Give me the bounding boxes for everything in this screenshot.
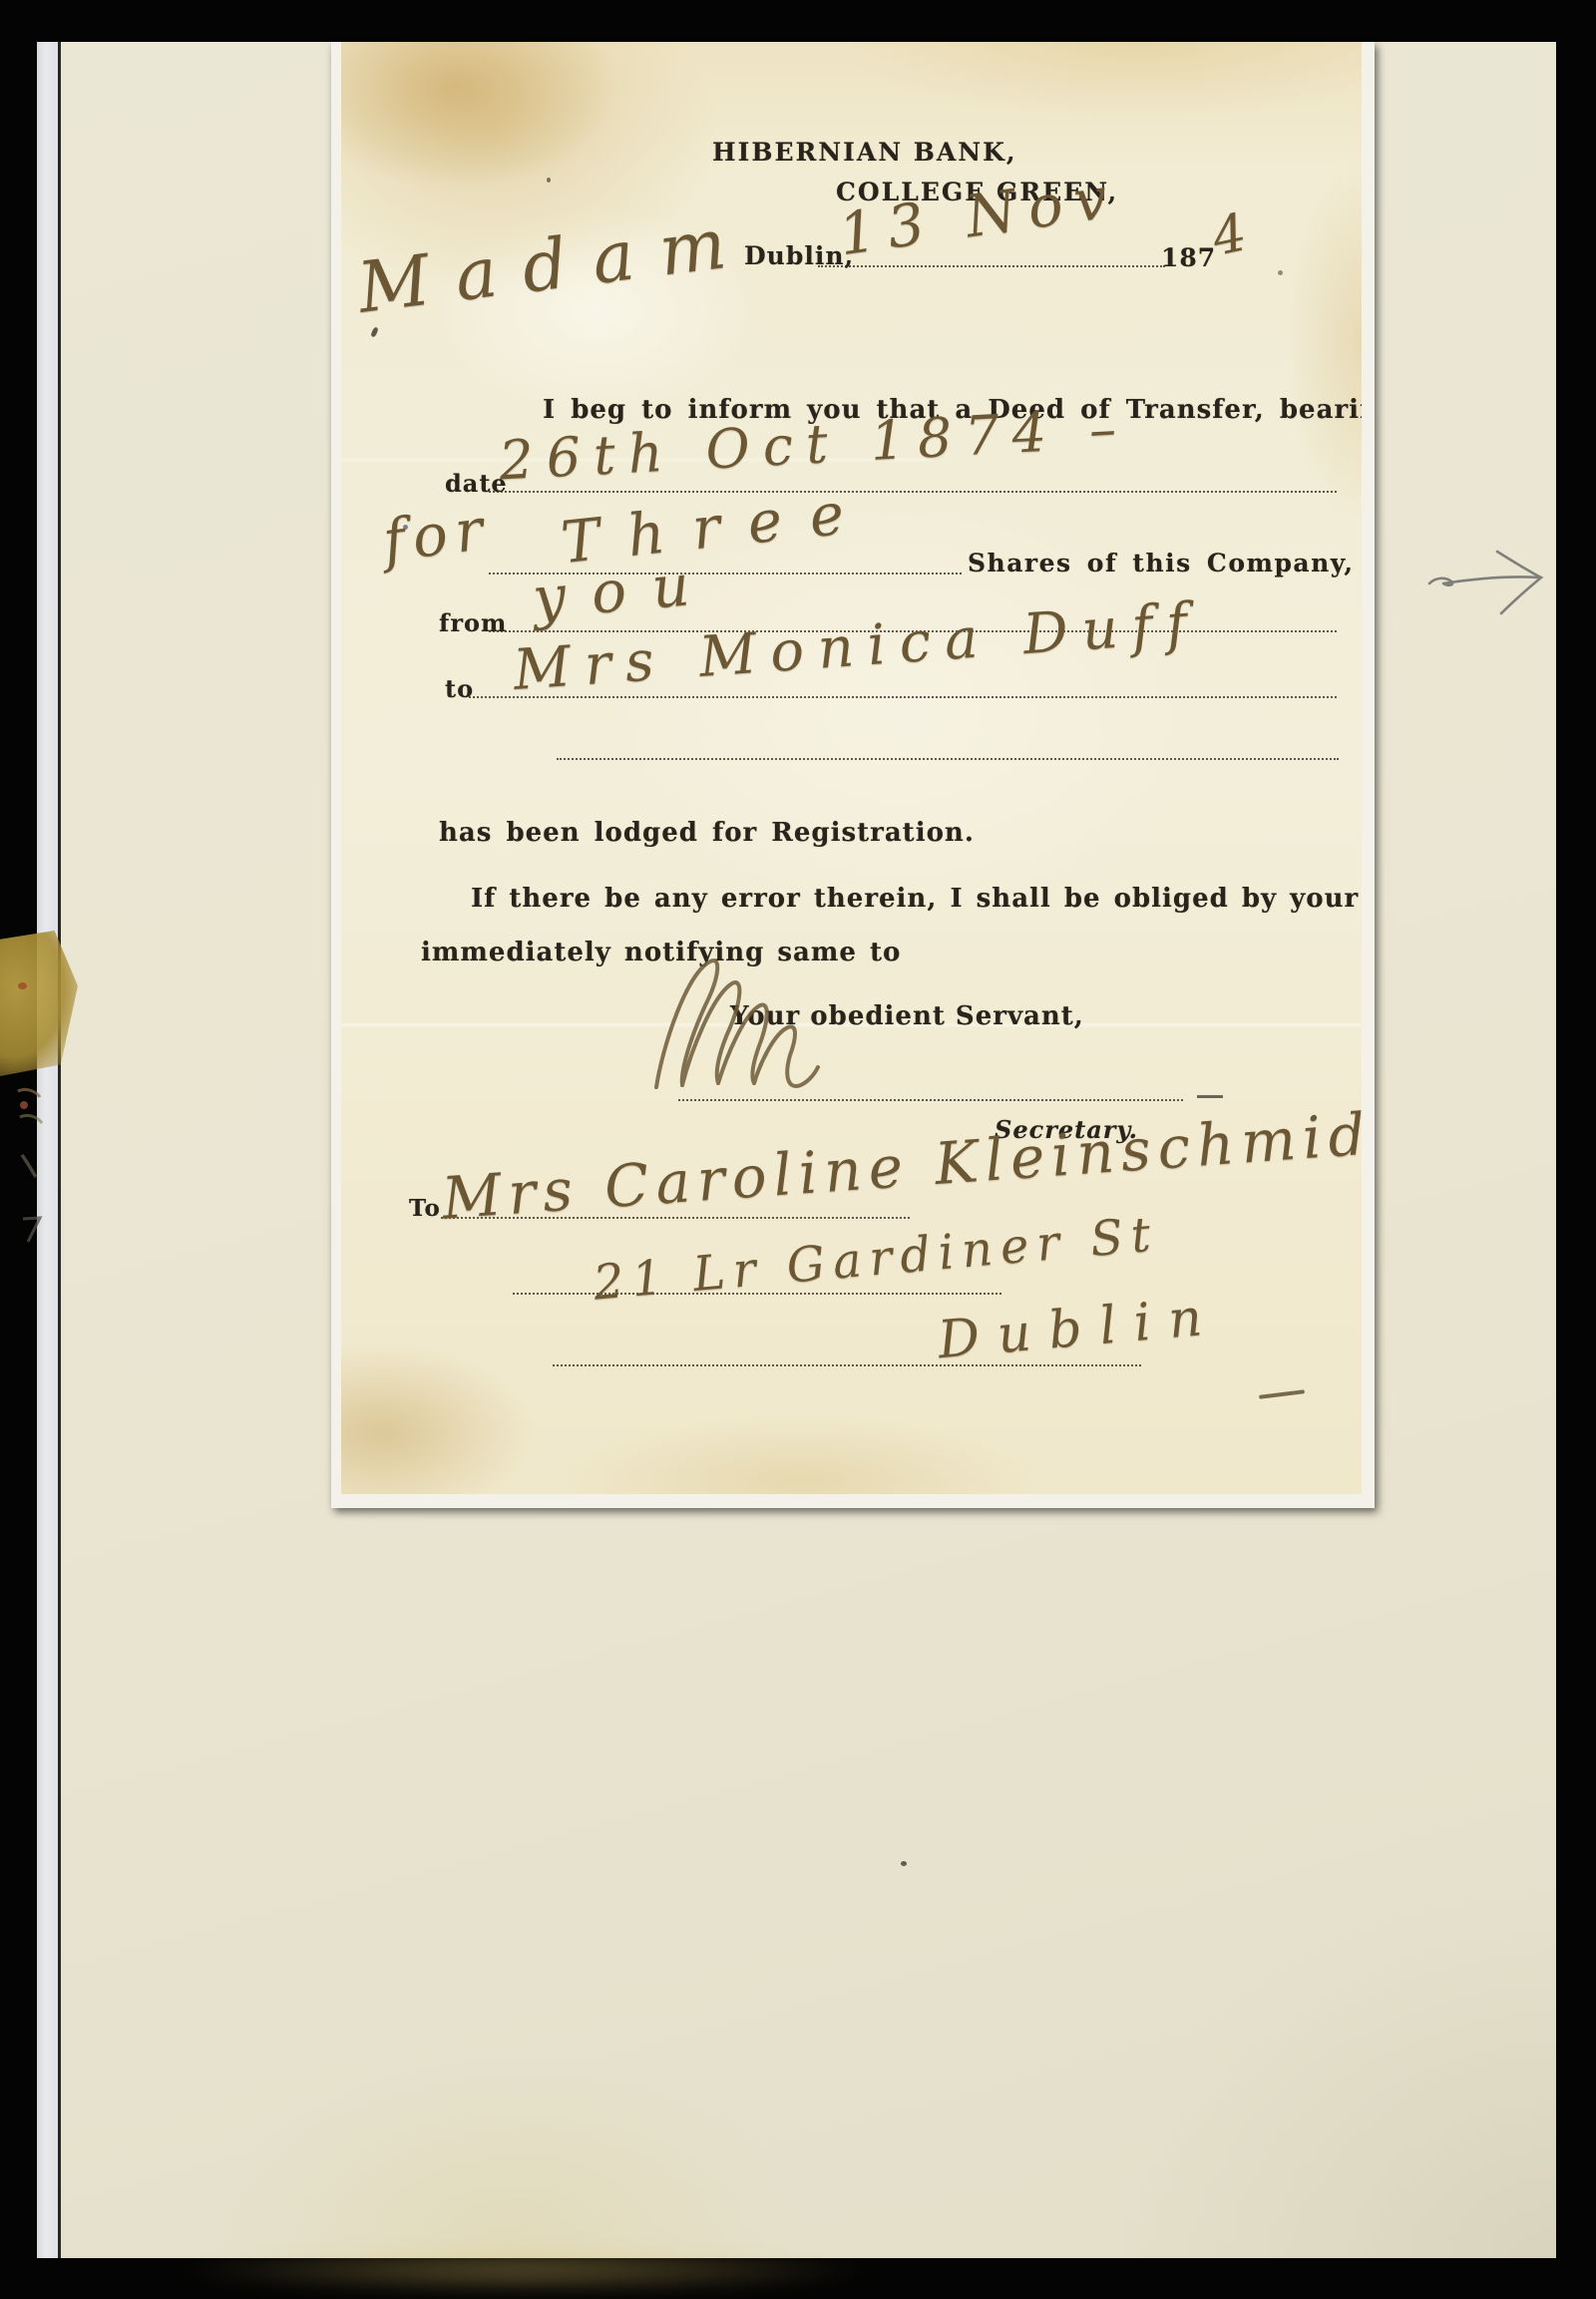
- letter-paper: HIBERNIAN BANK, COLLEGE GREEN, Dublin, 1…: [341, 42, 1362, 1494]
- paper-speck: [370, 326, 379, 337]
- letterhead-bank-name: HIBERNIAN BANK,: [712, 138, 1017, 167]
- page-edge-mark: [12, 1083, 46, 1129]
- page-edge-mark: [18, 1151, 42, 1179]
- adjacent-page-edge: [37, 42, 58, 2258]
- error-line-1: If there be any error therein, I shall b…: [471, 884, 1359, 914]
- ink-dash: [1259, 1389, 1305, 1399]
- lodged-line: has been lodged for Registration.: [439, 818, 975, 848]
- salutation: Madam: [353, 199, 755, 329]
- signature-rule-dash: [1197, 1095, 1223, 1098]
- addressee-city-handwritten: Dublin: [936, 1287, 1222, 1370]
- addressee-label: To: [409, 1195, 441, 1222]
- shares-label: Shares of this Company,: [968, 549, 1355, 577]
- for-handwritten: for: [379, 495, 495, 575]
- document-photo: HIBERNIAN BANK, COLLEGE GREEN, Dublin, 1…: [331, 42, 1375, 1508]
- scan-edge-glow: [165, 2246, 883, 2294]
- paper-speck: [547, 178, 551, 183]
- paper-speck: [1278, 270, 1283, 275]
- scanned-album-page: HIBERNIAN BANK, COLLEGE GREEN, Dublin, 1…: [0, 0, 1596, 2299]
- dateline-year-printed: 187: [1161, 243, 1216, 272]
- album-speck: [901, 1861, 907, 1866]
- peeking-item-speck: [18, 982, 27, 989]
- blank-rule: [557, 732, 1339, 760]
- pencil-arrow-icon: [1421, 544, 1561, 621]
- addressee-street-handwritten: 21 Lr Gardiner St: [592, 1206, 1161, 1311]
- signature-rule: [678, 1073, 1183, 1101]
- page-edge-mark: [20, 1215, 46, 1245]
